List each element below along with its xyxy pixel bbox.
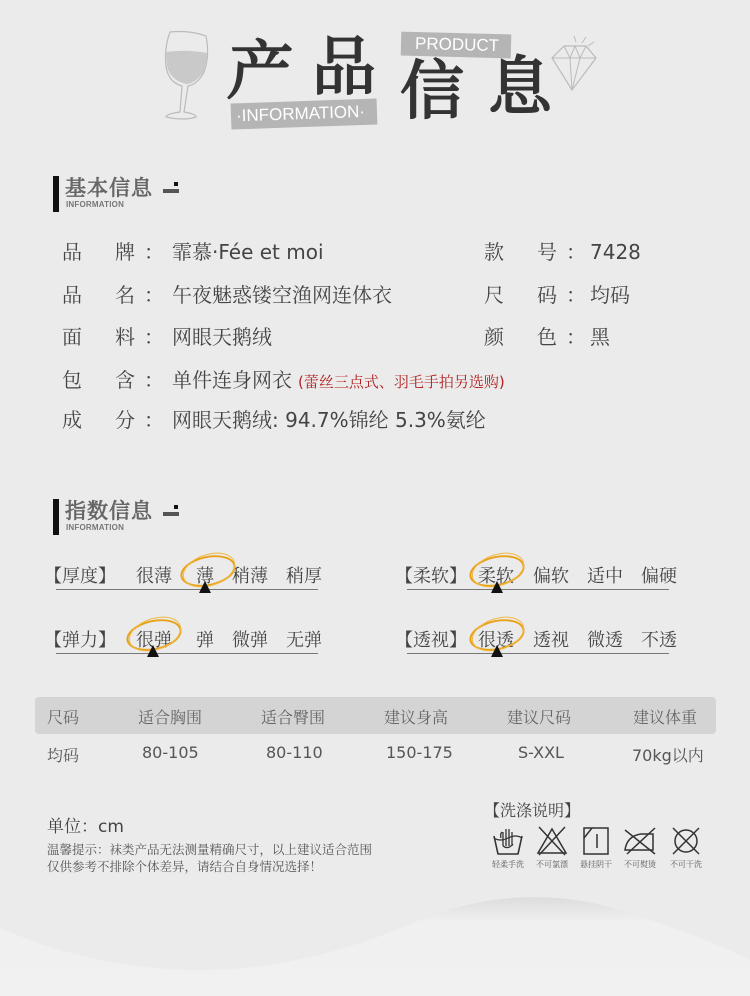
selection-arrow-icon — [491, 645, 503, 657]
value: 午夜魅惑镂空渔网连体衣 — [172, 281, 392, 309]
wash-item-no-dry-clean: 不可干洗 — [664, 826, 708, 870]
title-char-2: 品 — [312, 36, 376, 100]
index-option: 很薄 — [136, 562, 172, 588]
title-char-4: 息 — [488, 56, 552, 120]
no-dry-clean-icon — [670, 826, 702, 856]
value: 网眼天鹅绒 — [172, 323, 272, 351]
wash-item-hand-wash: 轻柔手洗 — [486, 826, 530, 870]
label: 码 — [537, 281, 557, 309]
wash-item-line-dry: 悬挂阴干 — [574, 826, 618, 870]
section-title: 基本信息 — [65, 172, 153, 202]
section-subtitle: INFORMATION — [66, 200, 124, 209]
label: 尺 — [484, 281, 504, 309]
heading-bar — [53, 176, 59, 212]
index-option: 适中 — [587, 562, 623, 588]
wash-label: 悬挂阴干 — [574, 859, 618, 870]
wash-label: 不可氯漂 — [530, 859, 574, 870]
index-thickness: 【厚度】 很薄 薄 稍薄 稍厚 — [44, 556, 334, 596]
heading-decoration-dot — [174, 182, 178, 186]
colon: ： — [144, 281, 164, 309]
wash-label: 轻柔手洗 — [486, 859, 530, 870]
index-category: 【柔软】 — [395, 562, 467, 588]
index-option: 弹 — [196, 626, 214, 652]
index-scale-line — [56, 653, 318, 654]
table-cell: 80-110 — [266, 743, 323, 762]
index-option: 微透 — [587, 626, 623, 652]
heading-bar — [53, 499, 59, 535]
tip-line-1: 温馨提示：袜类产品无法测量精确尺寸，以上建议适合范围 — [47, 840, 372, 858]
no-iron-icon — [623, 826, 657, 856]
table-cell: 150-175 — [386, 743, 453, 762]
value: 7428 — [590, 238, 641, 266]
index-transparency: 【透视】 很透 透视 微透 不透 — [395, 620, 685, 660]
label: 面 — [62, 323, 82, 351]
index-elasticity: 【弹力】 很弹 弹 微弹 无弹 — [44, 620, 334, 660]
selection-arrow-icon — [491, 581, 503, 593]
wine-glass-icon — [160, 28, 212, 120]
colon: ： — [144, 323, 164, 351]
index-category: 【弹力】 — [44, 626, 116, 652]
product-tag: PRODUCT — [401, 32, 512, 59]
index-option: 不透 — [641, 626, 677, 652]
colon: ： — [144, 238, 164, 266]
index-option: 稍薄 — [232, 562, 268, 588]
value: 网眼天鹅绒: 94.7%锦纶 5.3%氨纶 — [172, 406, 486, 434]
column-header: 建议身高 — [384, 705, 448, 728]
heading-decoration-dot — [174, 505, 178, 509]
column-header: 适合胸围 — [138, 705, 202, 728]
column-header: 尺码 — [47, 705, 79, 728]
label: 牌 — [115, 238, 135, 266]
index-option: 稍厚 — [286, 562, 322, 588]
index-category: 【透视】 — [395, 626, 467, 652]
index-option: 微弹 — [232, 626, 268, 652]
index-option: 偏软 — [533, 562, 569, 588]
index-scale-line — [407, 589, 669, 590]
information-tag: ·INFORMATION· — [231, 98, 378, 129]
label: 成 — [62, 406, 82, 434]
hand-wash-icon — [492, 826, 524, 856]
line-dry-shade-icon — [580, 826, 612, 856]
selection-arrow-icon — [199, 581, 211, 593]
no-bleach-icon — [536, 826, 568, 856]
purchase-note: (蕾丝三点式、羽毛手拍另选购) — [298, 373, 505, 391]
value: 均码 — [590, 281, 630, 309]
index-option: 无弹 — [286, 626, 322, 652]
label: 料 — [115, 323, 135, 351]
colon: ： — [566, 323, 586, 351]
index-category: 【厚度】 — [44, 562, 116, 588]
wash-label: 不可干洗 — [664, 859, 708, 870]
diamond-icon — [548, 34, 600, 92]
colon: ： — [566, 238, 586, 266]
table-cell: S-XXL — [518, 743, 564, 762]
value-text: 单件连身网衣 — [172, 368, 292, 392]
tip-line-2: 仅供参考不排除个体差异，请结合自身情况选择！ — [47, 857, 322, 875]
column-header: 建议体重 — [633, 705, 697, 728]
heading-decoration — [163, 189, 179, 193]
colon: ： — [566, 281, 586, 309]
section-title: 指数信息 — [65, 495, 153, 525]
table-cell: 均码 — [47, 743, 79, 766]
label: 品 — [62, 238, 82, 266]
title-char-3: 信 — [400, 60, 464, 124]
label: 包 — [62, 366, 82, 394]
heading-decoration — [163, 512, 179, 516]
unit-label: 单位：cm — [47, 812, 124, 837]
index-softness: 【柔软】 柔软 偏软 适中 偏硬 — [395, 556, 685, 596]
wash-label: 不可熨烫 — [618, 859, 662, 870]
value: 霏慕·Fée et moi — [172, 238, 324, 266]
wash-instructions-title: 【洗涤说明】 — [484, 798, 580, 821]
index-scale-line — [407, 653, 669, 654]
label: 分 — [115, 406, 135, 434]
label: 含 — [115, 366, 135, 394]
column-header: 建议尺码 — [507, 705, 571, 728]
label: 品 — [62, 281, 82, 309]
table-cell: 80-105 — [142, 743, 199, 762]
index-option: 偏硬 — [641, 562, 677, 588]
colon: ： — [144, 366, 164, 394]
label: 名 — [115, 281, 135, 309]
wash-item-no-bleach: 不可氯漂 — [530, 826, 574, 870]
table-cell: 70kg以内 — [632, 743, 704, 766]
title-char-1: 产 — [226, 40, 294, 104]
label: 款 — [484, 238, 504, 266]
section-subtitle: INFORMATION — [66, 523, 124, 532]
index-scale-line — [56, 589, 318, 590]
column-header: 适合臀围 — [261, 705, 325, 728]
label: 号 — [537, 238, 557, 266]
colon: ： — [144, 406, 164, 434]
decorative-wave — [0, 880, 750, 996]
value: 单件连身网衣(蕾丝三点式、羽毛手拍另选购) — [172, 366, 505, 396]
wash-item-no-iron: 不可熨烫 — [618, 826, 662, 870]
selection-arrow-icon — [147, 645, 159, 657]
size-table-header: 尺码 适合胸围 适合臀围 建议身高 建议尺码 建议体重 — [35, 697, 716, 734]
label: 色 — [537, 323, 557, 351]
label: 颜 — [484, 323, 504, 351]
index-option: 透视 — [533, 626, 569, 652]
value: 黑 — [590, 323, 610, 351]
